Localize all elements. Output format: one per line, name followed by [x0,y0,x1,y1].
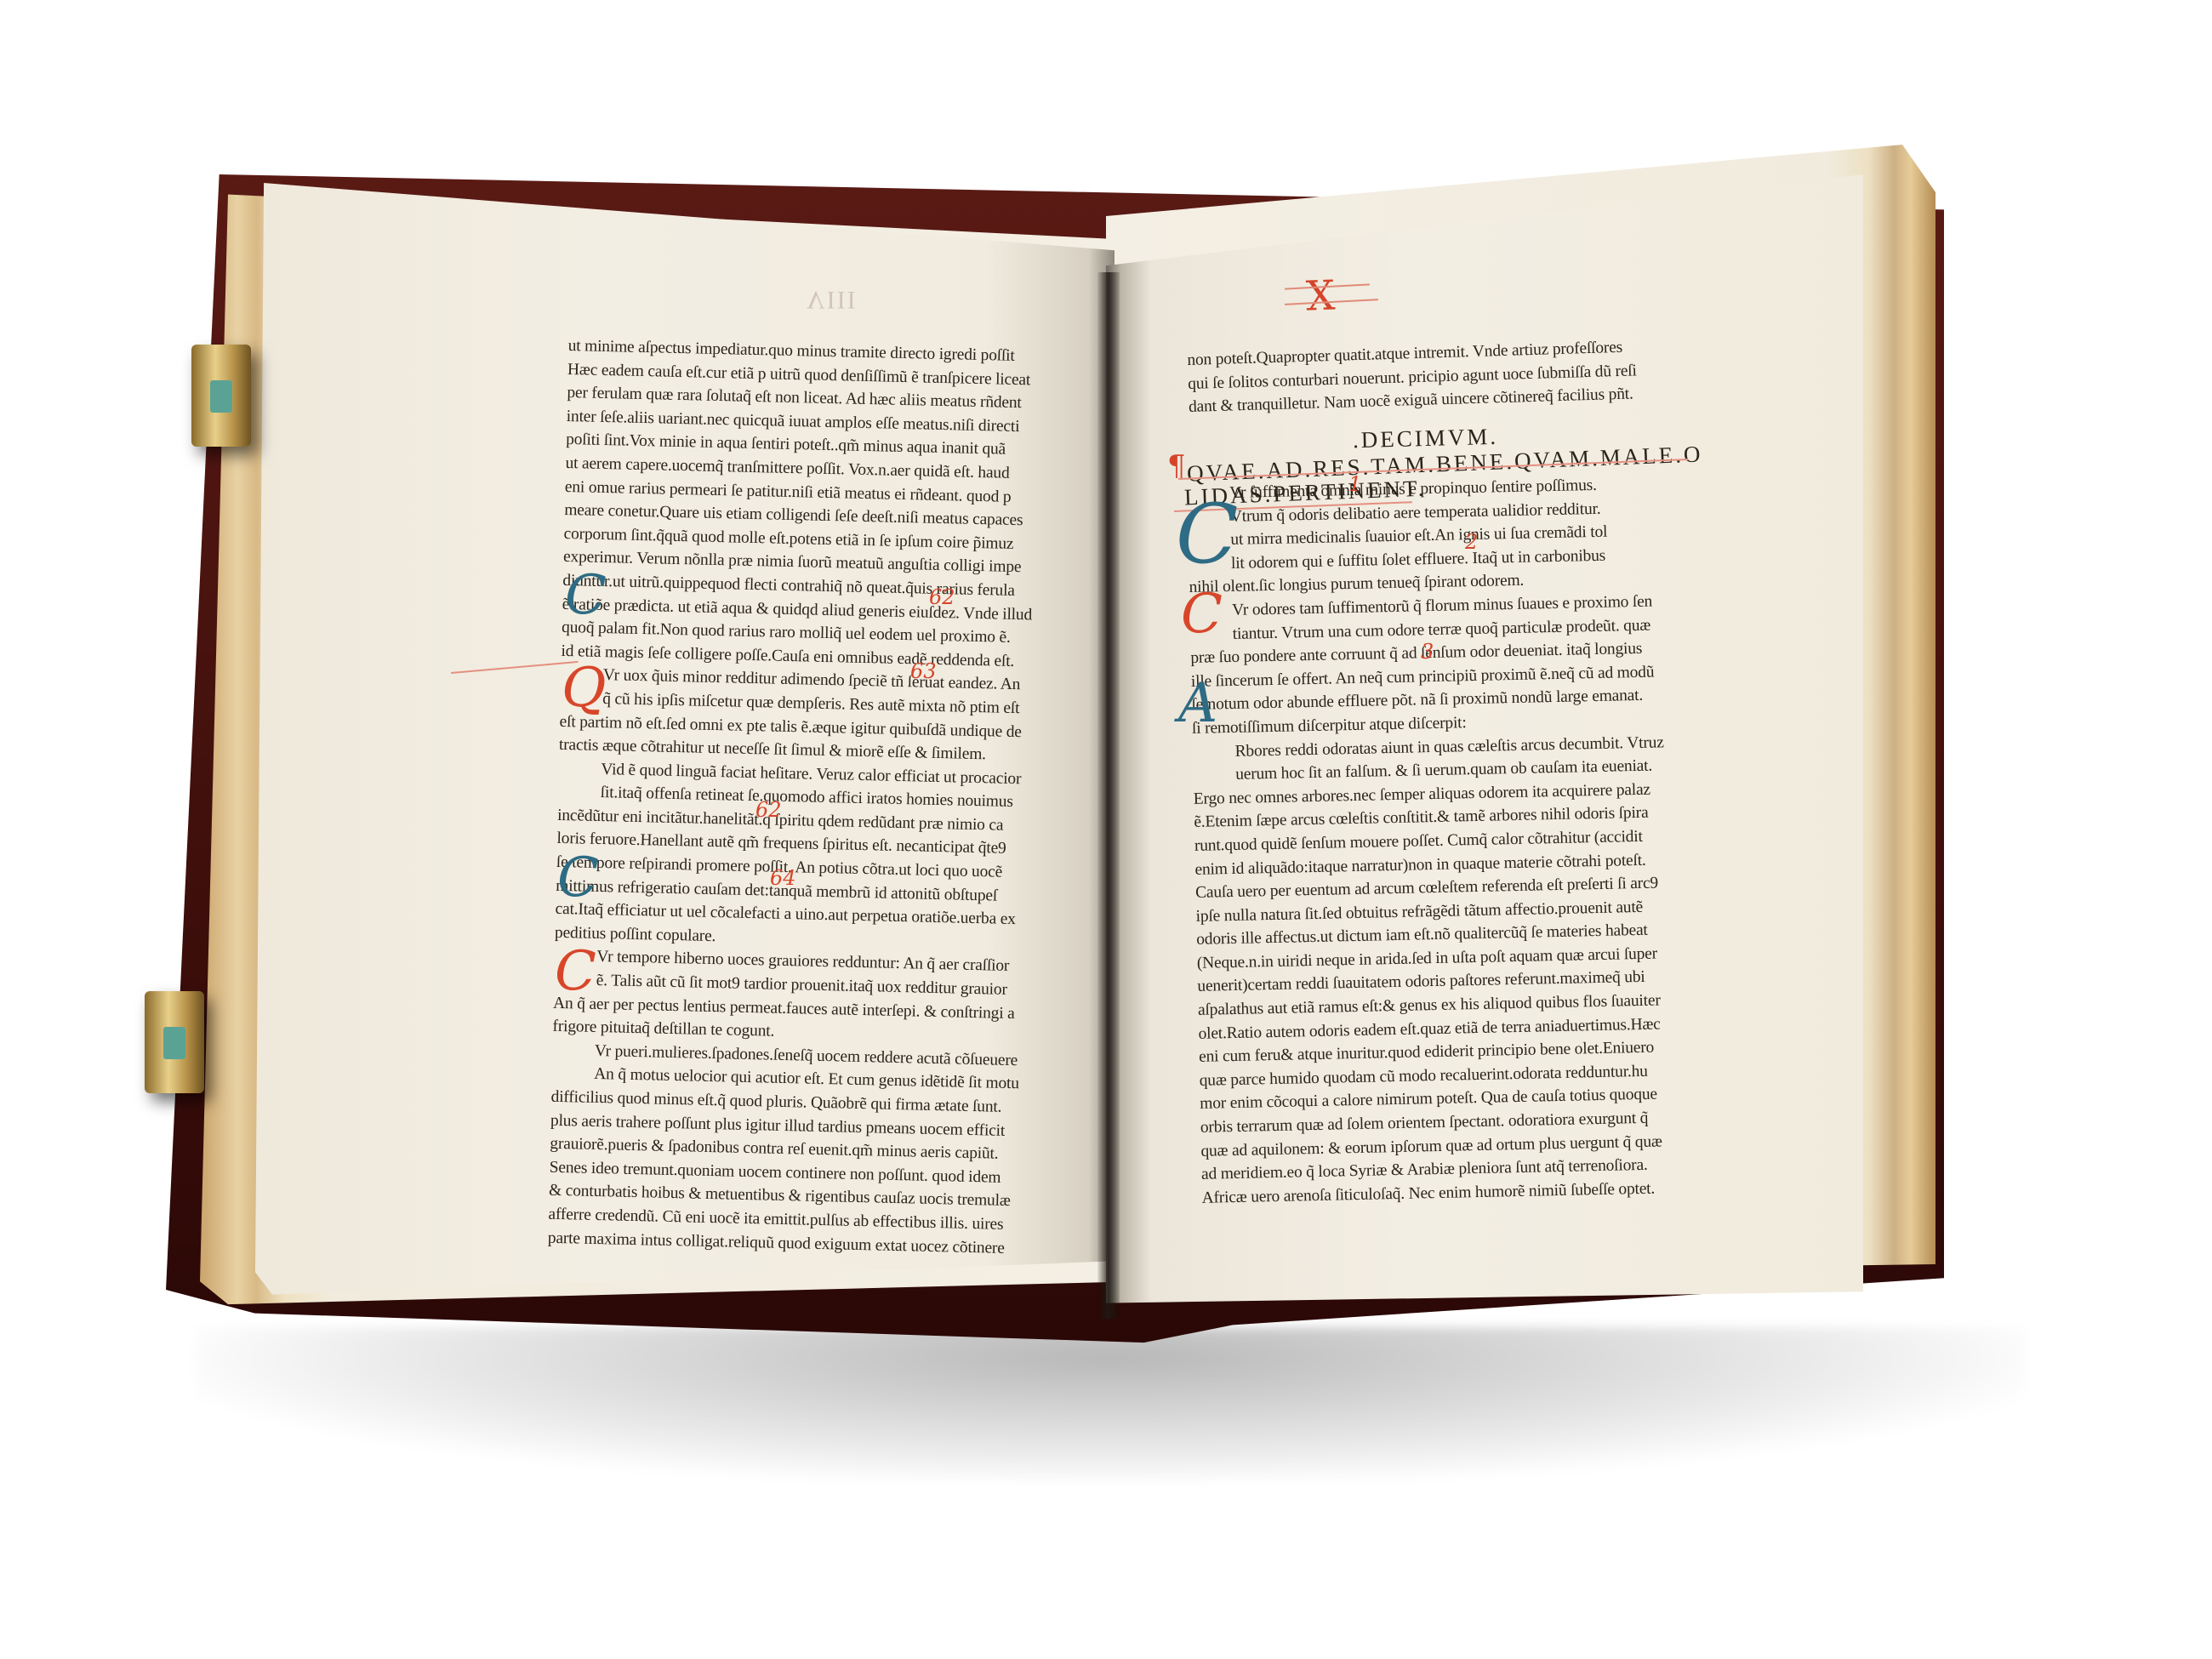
marginal-number: 2 [1465,530,1478,554]
left-page-text: ut minime aſpectus impediatur.quo minus … [548,334,1113,1262]
marginal-number: 62 [755,798,782,822]
marginal-number: 64 [770,866,796,890]
brass-clasp-icon [191,345,251,447]
floor-shadow [196,1327,2025,1480]
red-initial: C [555,944,596,999]
showthrough-folio: VIII [807,285,858,314]
red-initial: Q [562,661,606,715]
book-photo-scene: VIII ut minime aſpectus impediatur.quo m… [0,0,2212,1659]
marginal-number: 1 [1348,472,1361,496]
folio-number: X [1305,271,1336,320]
marginal-number: 63 [910,659,937,683]
blue-initial: C [565,568,607,623]
red-initial: C [1181,587,1223,641]
right-page-text: Vr ſuffimenta omnia minus e propinquo ſe… [1187,471,1730,1210]
marginal-number: 3 [1421,640,1434,664]
marginal-number: 62 [929,585,955,609]
brass-clasp-icon [145,991,204,1093]
blue-initial: C [1176,493,1238,575]
blue-initial: C [557,851,599,905]
blue-initial: A [1178,676,1217,731]
